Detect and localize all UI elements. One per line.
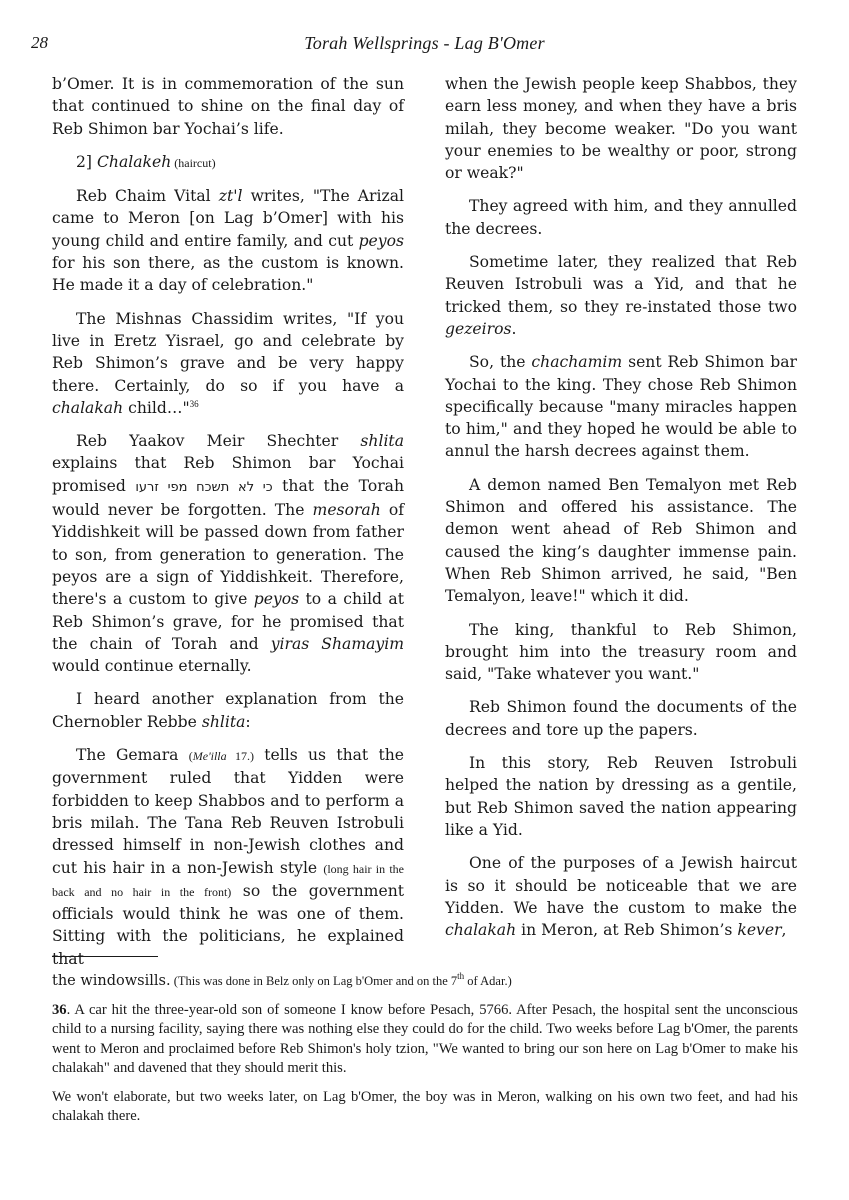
- source-reference: (Me'illa 17.): [189, 749, 254, 763]
- italic-term: kever: [737, 921, 781, 939]
- text-span: .: [512, 320, 517, 338]
- paragraph: A demon named Ben Temalyon met Reb Shimo…: [445, 474, 797, 608]
- footnote-number: 36: [52, 1002, 67, 1018]
- footnote-separator: [52, 956, 158, 957]
- subheading-note: (haircut): [171, 156, 215, 170]
- hebrew-quote: כי לא תשכח מפי זרעו: [135, 480, 272, 495]
- text-span: would continue eternally.: [52, 657, 252, 675]
- paragraph: The Mishnas Chassidim writes, "If you li…: [52, 308, 404, 419]
- italic-term: yiras Shamayim: [271, 635, 404, 653]
- text-span: for his son there, as the custom is know…: [52, 254, 404, 294]
- text-span: . A car hit the three-year-old son of so…: [52, 1002, 798, 1077]
- text-span: tells us that the government ruled that …: [52, 746, 404, 876]
- text-span: of Adar.): [464, 974, 512, 988]
- paragraph: In this story, Reb Reuven Istrobuli help…: [445, 752, 797, 841]
- paragraph: The king, thankful to Reb Shimon, brough…: [445, 619, 797, 686]
- paragraph: The Gemara (Me'illa 17.) tells us that t…: [52, 744, 404, 970]
- italic-term: peyos: [254, 590, 299, 608]
- footnotes: the windowsills. (This was done in Belz …: [52, 972, 798, 1136]
- footnote-36-continued: We won't elaborate, but two weeks later,…: [52, 1088, 798, 1127]
- text-span: child…": [123, 399, 189, 417]
- text-span: The Mishnas Chassidim writes, "If you li…: [52, 310, 404, 395]
- paragraph: b’Omer. It is in commemoration of the su…: [52, 73, 404, 140]
- text-span: 17.): [227, 749, 254, 763]
- italic-term: shlita: [202, 713, 246, 731]
- page-header: 28 Torah Wellsprings - Lag B'Omer: [0, 33, 849, 59]
- paragraph: Sometime later, they realized that Reb R…: [445, 251, 797, 340]
- right-column: when the Jewish people keep Shabbos, the…: [445, 73, 797, 952]
- text-span: the windowsills.: [52, 973, 171, 989]
- paragraph: Reb Yaakov Meir Shechter shlita explains…: [52, 430, 404, 677]
- section-subheading: 2] Chalakeh (haircut): [52, 151, 404, 174]
- text-span: Reb Chaim Vital: [76, 187, 219, 205]
- paragraph: Reb Shimon found the documents of the de…: [445, 696, 797, 741]
- text-span: (This was done in Belz only on Lag b'Ome…: [171, 974, 458, 988]
- footnote-36: 36. A car hit the three-year-old son of …: [52, 1001, 798, 1079]
- footnote-continuation: the windowsills. (This was done in Belz …: [52, 972, 798, 992]
- text-span: Sometime later, they realized that Reb R…: [445, 253, 797, 316]
- paragraph: So, the chachamim sent Reb Shimon bar Yo…: [445, 351, 797, 462]
- italic-term: chalakah: [445, 921, 516, 939]
- text-span: The Gemara: [76, 746, 189, 764]
- text-span: in Meron, at Reb Shimon’s: [516, 921, 737, 939]
- italic-term: shlita: [360, 432, 404, 450]
- italic-term: peyos: [359, 232, 404, 250]
- text-span: :: [245, 713, 250, 731]
- text-span: Reb Yaakov Meir Shechter: [76, 432, 360, 450]
- paragraph: One of the purposes of a Jewish haircut …: [445, 852, 797, 941]
- italic-term: mesorah: [313, 501, 381, 519]
- paragraph: They agreed with him, and they annulled …: [445, 195, 797, 240]
- running-title: Torah Wellsprings - Lag B'Omer: [0, 33, 849, 54]
- italic-term: zt'l: [219, 187, 243, 205]
- paragraph: when the Jewish people keep Shabbos, the…: [445, 73, 797, 184]
- subheading-number: 2]: [76, 153, 97, 171]
- text-span: One of the purposes of a Jewish haircut …: [445, 854, 797, 917]
- italic-term: gezeiros: [445, 320, 512, 338]
- text-span: ,: [782, 921, 787, 939]
- parenthetical-note: (This was done in Belz only on Lag b'Ome…: [171, 974, 512, 988]
- subheading-title: Chalakeh: [97, 153, 171, 171]
- paragraph: Reb Chaim Vital zt'l writes, "The Arizal…: [52, 185, 404, 296]
- left-column: b’Omer. It is in commemoration of the su…: [52, 73, 404, 981]
- italic-term: Me'illa: [193, 749, 227, 763]
- text-span: So, the: [469, 353, 531, 371]
- italic-term: chachamim: [531, 353, 622, 371]
- footnote-ref-36[interactable]: 36: [190, 399, 199, 409]
- paragraph: I heard another explanation from the Che…: [52, 688, 404, 733]
- italic-term: chalakah: [52, 399, 123, 417]
